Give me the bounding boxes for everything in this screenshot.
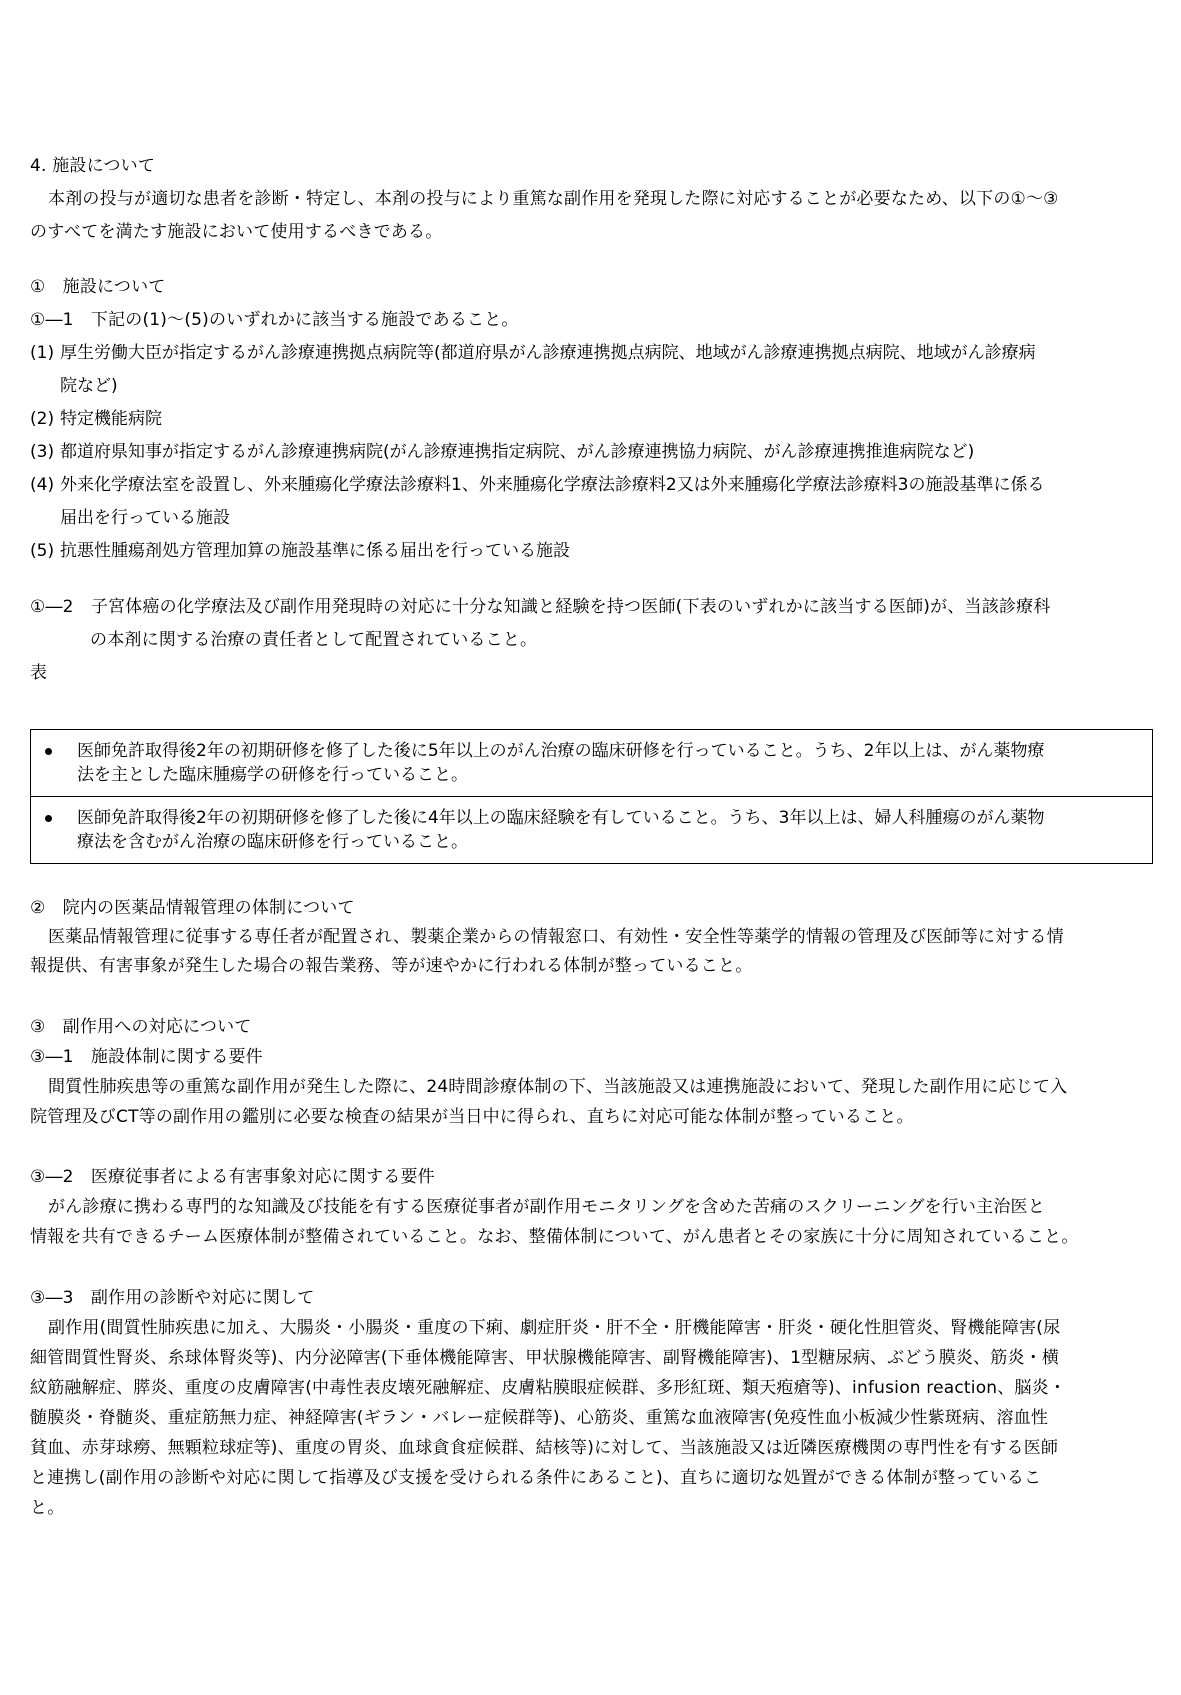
part2-paragraph-line: 報提供、有害事象が発生した場合の報告業務、等が速やかに行われる体制が整っているこ… [30,955,752,977]
part1-sub1-heading: ①―1 下記の(1)～(5)のいずれかに該当する施設であること。 [30,309,519,331]
intro-paragraph-line: のすべてを満たす施設において使用するべきである。 [30,221,442,243]
list-item-text: 厚生労働大臣が指定するがん診療連携拠点病院等(都道府県がん診療連携拠点病院、地域… [60,342,1036,364]
part3-sub3-line: 髄膜炎・脊髄炎、重症筋無力症、神経障害(ギラン・バレー症候群等)、心筋炎、重篤な… [30,1407,1048,1429]
table-row: 医師免許取得後2年の初期研修を修了した後に4年以上の臨床経験を有していること。う… [31,796,1152,863]
intro-paragraph-line: 本剤の投与が適切な患者を診断・特定し、本剤の投与により重篤な副作用を発現した際に… [48,188,1059,210]
list-item-text: 都道府県知事が指定するがん診療連携病院(がん診療連携指定病院、がん診療連携協力病… [60,441,974,463]
list-item-text: 届出を行っている施設 [60,507,230,529]
table-label: 表 [30,662,47,684]
part3-sub2-line: 情報を共有できるチーム医療体制が整備されていること。なお、整備体制について、がん… [30,1226,1079,1248]
part3-sub3-line: 副作用(間質性肺疾患に加え、大腸炎・小腸炎・重度の下痢、劇症肝炎・肝不全・肝機能… [48,1317,1060,1339]
list-item-text: 院など) [60,375,118,397]
table-cell-line: 医師免許取得後2年の初期研修を修了した後に5年以上のがん治療の臨床研修を行ってい… [77,740,1044,762]
table-cell-line: 法を主とした臨床腫瘍学の研修を行っていること。 [77,764,468,786]
section-heading: 4. 施設について [30,155,155,177]
part3-sub3-line: と。 [30,1497,64,1519]
part3-sub3-heading: ③―3 副作用の診断や対応に関して [30,1287,314,1309]
list-item-number: (3) [30,441,54,463]
list-item-text: 外来化学療法室を設置し、外来腫瘍化学療法診療料1、外来腫瘍化学療法診療料2又は外… [60,474,1044,496]
part2-paragraph-line: 医薬品情報管理に従事する専任者が配置され、製薬企業からの情報窓口、有効性・安全性… [48,926,1064,948]
table-cell-line: 療法を含むがん治療の臨床研修を行っていること。 [77,831,468,853]
part1-sub2-continuation: の本剤に関する治療の責任者として配置されていること。 [90,629,537,651]
requirements-table: 医師免許取得後2年の初期研修を修了した後に5年以上のがん治療の臨床研修を行ってい… [30,729,1153,864]
part2-heading: ② 院内の医薬品情報管理の体制について [30,897,355,919]
list-item-number: (2) [30,408,54,430]
bullet-icon [45,815,52,822]
part3-heading: ③ 副作用への対応について [30,1016,252,1038]
bullet-icon [45,748,52,755]
list-item-number: (5) [30,540,54,562]
part1-heading: ① 施設について [30,276,166,298]
table-cell-line: 医師免許取得後2年の初期研修を修了した後に4年以上の臨床経験を有していること。う… [77,807,1044,829]
part3-sub3-line: 貧血、赤芽球癆、無顆粒球症等)、重度の胃炎、血球貪食症候群、結核等)に対して、当… [30,1437,1058,1459]
part3-sub1-line: 間質性肺疾患等の重篤な副作用が発生した際に、24時間診療体制の下、当該施設又は連… [48,1076,1067,1098]
part3-sub2-line: がん診療に携わる専門的な知識及び技能を有する医療従事者が副作用モニタリングを含め… [48,1196,1045,1218]
part3-sub3-line: と連携し(副作用の診断や対応に関して指導及び支援を受けられる条件にあること)、直… [30,1467,1041,1489]
list-item-number: (4) [30,474,54,496]
part3-sub3-line: 紋筋融解症、膵炎、重度の皮膚障害(中毒性表皮壊死融解症、皮膚粘膜眼症候群、多形紅… [30,1377,1066,1399]
part3-sub1-line: 院管理及びCT等の副作用の鑑別に必要な検査の結果が当日中に得られ、直ちに対応可能… [30,1106,914,1128]
part3-sub3-line: 細管間質性腎炎、糸球体腎炎等)、内分泌障害(下垂体機能障害、甲状腺機能障害、副腎… [30,1347,1059,1369]
part3-sub2-heading: ③―2 医療従事者による有害事象対応に関する要件 [30,1166,435,1188]
list-item-text: 特定機能病院 [60,408,162,430]
table-row: 医師免許取得後2年の初期研修を修了した後に5年以上のがん治療の臨床研修を行ってい… [31,730,1152,796]
list-item-text: 抗悪性腫瘍剤処方管理加算の施設基準に係る届出を行っている施設 [60,540,570,562]
part1-sub2-heading: ①―2 子宮体癌の化学療法及び副作用発現時の対応に十分な知識と経験を持つ医師(下… [30,596,1051,618]
part3-sub1-heading: ③―1 施設体制に関する要件 [30,1046,263,1068]
list-item-number: (1) [30,342,54,364]
